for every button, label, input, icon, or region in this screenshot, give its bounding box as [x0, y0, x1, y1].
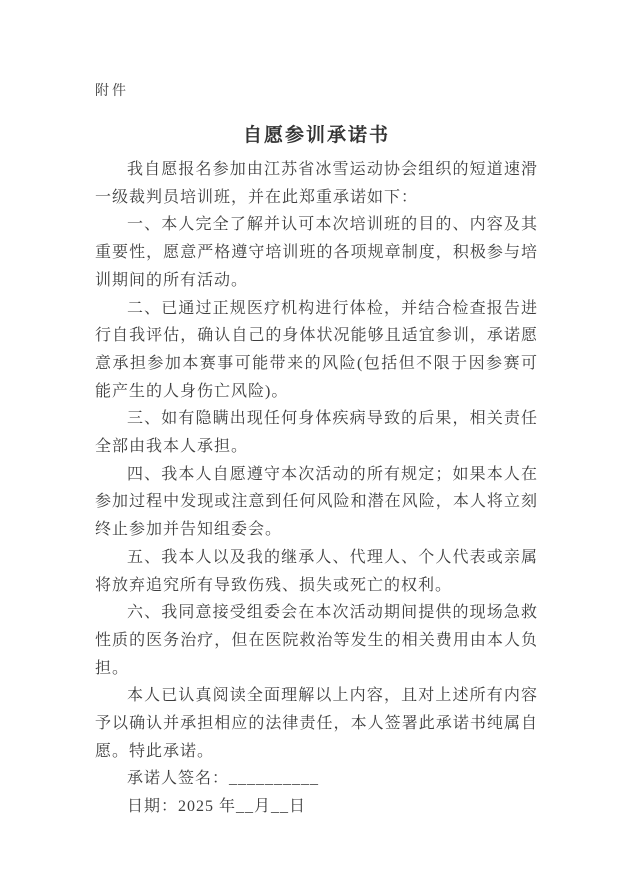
date-line: 日期：2025 年__月__日	[95, 793, 538, 821]
clause-5-paragraph: 五、我本人以及我的继承人、代理人、个人代表或亲属将放弃追究所有导致伤残、损失或死…	[95, 544, 538, 599]
attachment-label: 附件	[95, 84, 538, 100]
clause-3-paragraph: 三、如有隐瞒出现任何身体疾病导致的后果，相关责任全部由我本人承担。	[95, 405, 538, 460]
clause-6-paragraph: 六、我同意接受组委会在本次活动期间提供的现场急救性质的医务治疗，但在医院救治等发…	[95, 599, 538, 682]
document-title: 自愿参训承诺书	[95, 123, 538, 149]
document-page: 附件 自愿参训承诺书 我自愿报名参加由江苏省冰雪运动协会组织的短道速滑一级裁判员…	[0, 0, 630, 888]
intro-paragraph: 我自愿报名参加由江苏省冰雪运动协会组织的短道速滑一级裁判员培训班，并在此郑重承诺…	[95, 156, 538, 211]
clause-1-paragraph: 一、本人完全了解并认可本次培训班的目的、内容及其重要性，愿意严格遵守培训班的各项…	[95, 211, 538, 294]
clause-2-paragraph: 二、已通过正规医疗机构进行体检，并结合检查报告进行自我评估，确认自己的身体状况能…	[95, 295, 538, 406]
closing-paragraph: 本人已认真阅读全面理解以上内容，且对上述所有内容予以确认并承担相应的法律责任，本…	[95, 682, 538, 765]
signature-line: 承诺人签名：__________	[95, 765, 538, 793]
clause-4-paragraph: 四、我本人自愿遵守本次活动的所有规定；如果本人在参加过程中发现或注意到任何风险和…	[95, 461, 538, 544]
